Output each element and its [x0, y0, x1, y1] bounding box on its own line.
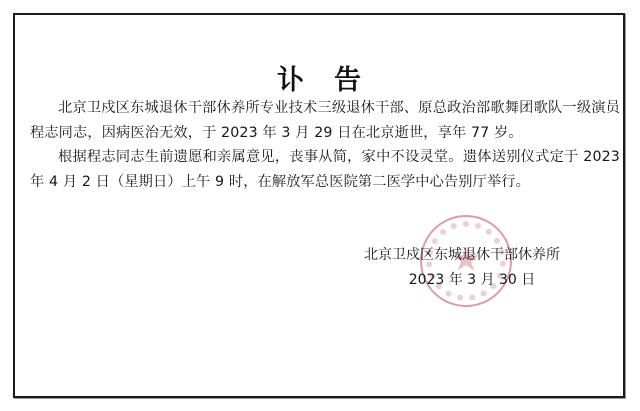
paragraph-announcement: 北京卫戍区东城退休干部休养所专业技术三级退休干部、原总政治部歌舞团歌队一级演员程…	[30, 96, 620, 145]
signature-date: 2023 年 3 月 30 日	[357, 269, 587, 289]
paragraph-funeral-arrangements: 根据程志同志生前遗愿和亲属意见，丧事从简，家中不设灵堂。遗体送别仪式定于 202…	[30, 145, 620, 194]
signature-organization: 北京卫戍区东城退休干部休养所	[337, 244, 587, 264]
document-title: 讣告	[15, 65, 623, 97]
notice-document: 讣告 北京卫戍区东城退休干部休养所专业技术三级退休干部、原总政治部歌舞团歌队一级…	[13, 13, 625, 398]
